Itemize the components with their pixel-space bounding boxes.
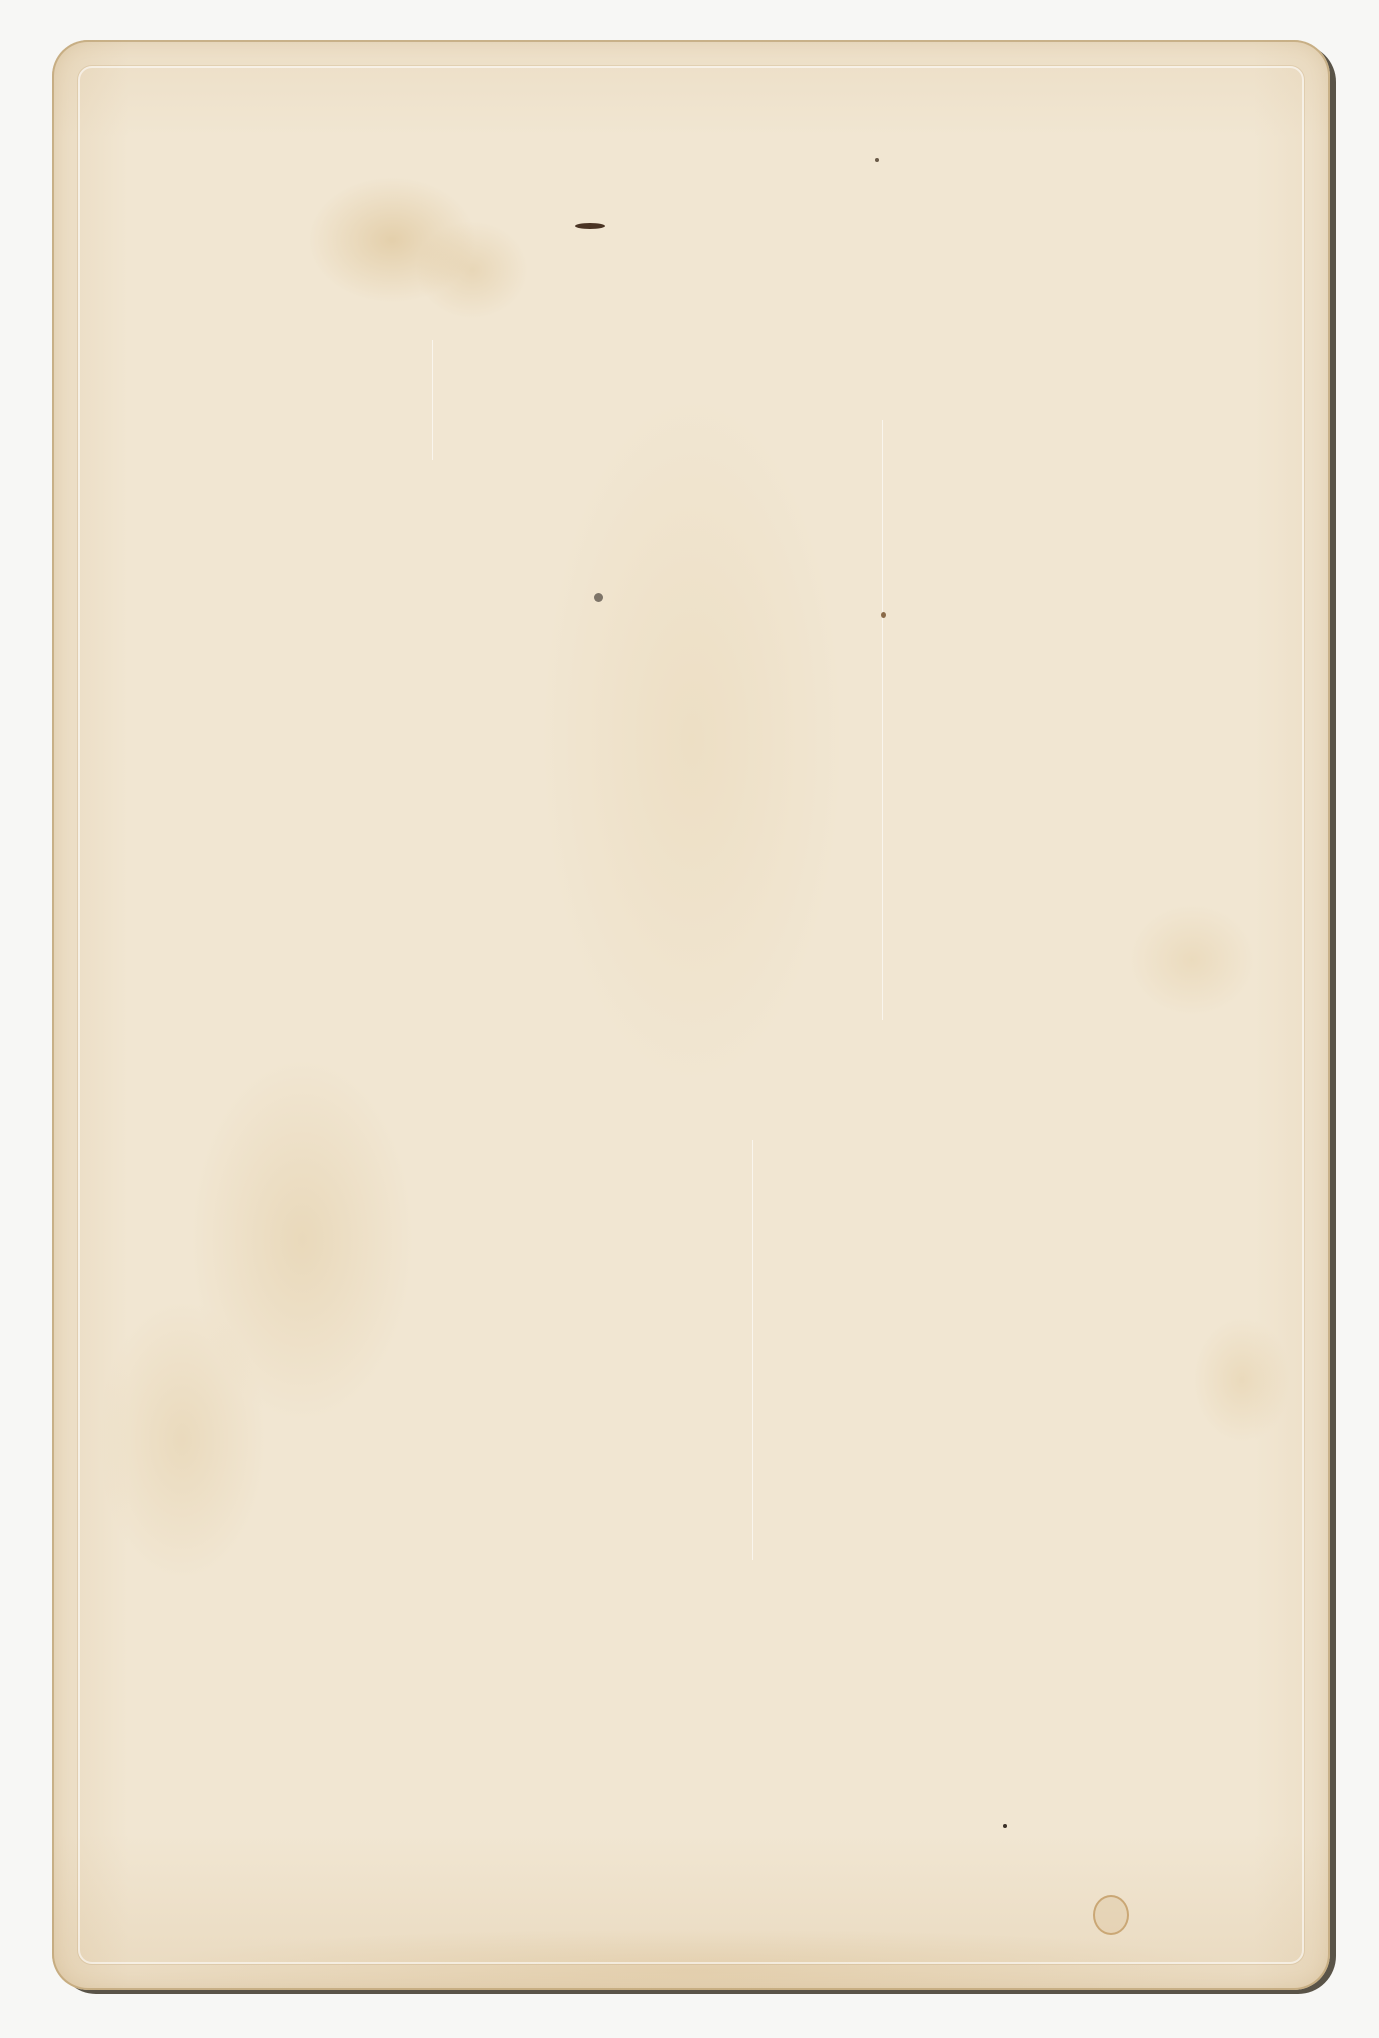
scratch-line [432,340,433,460]
scan-background [0,0,1379,2038]
dark-fleck-mark [575,223,605,229]
dot-mark [594,593,603,602]
cabinet-card-back [52,40,1330,1990]
dot-mark [881,612,886,618]
scratch-line [882,420,883,1020]
dot-mark [1003,1824,1007,1828]
ring-stain-mark [1093,1895,1129,1935]
dot-mark [875,158,879,162]
embossed-border [78,66,1304,1964]
scratch-line [752,1140,753,1560]
